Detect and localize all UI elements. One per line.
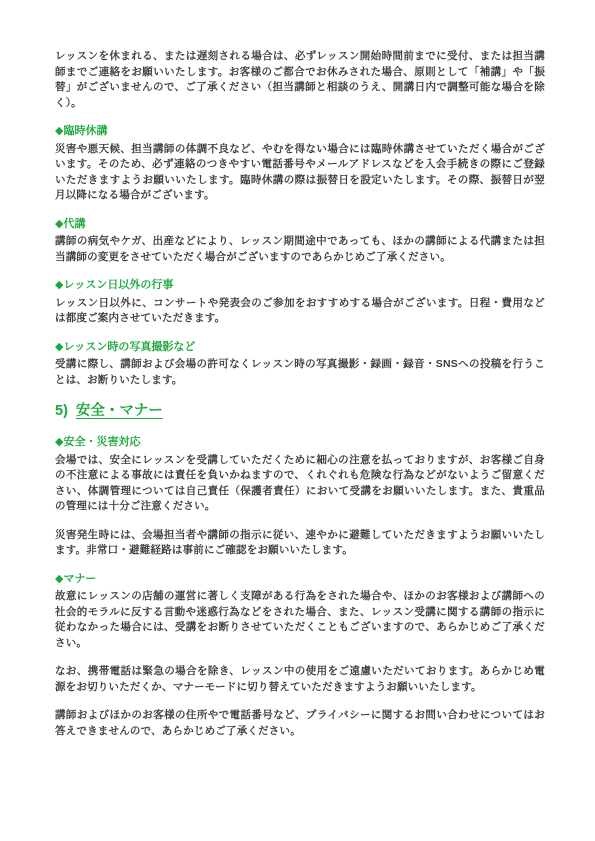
section-heading: ◆レッスン時の写真撮影など <box>55 340 545 356</box>
document-page: レッスンを休まれる、または遅刻される場合は、必ずレッスン開始時間前までに受付、ま… <box>0 0 595 841</box>
section-heading: ◆マナー <box>55 572 545 588</box>
chapter-title: 安全・マナー <box>76 403 163 419</box>
intro-paragraph: レッスンを休まれる、または遅刻される場合は、必ずレッスン開始時間前までに受付、ま… <box>55 49 545 111</box>
section-heading: ◆臨時休講 <box>55 124 545 140</box>
section-manners: ◆マナー 故意にレッスンの店舗の運営に著しく支障がある行為をされた場合や、ほかの… <box>55 572 545 740</box>
paragraph: 講師の病気やケガ、出産などにより、レッスン期間途中であっても、ほかの講師による代… <box>55 234 545 265</box>
section-safety-disaster-response: ◆安全・災害対応 会場では、安全にレッスンを受講していただくために細心の注意を払… <box>55 435 545 559</box>
paragraph: 受講に際し、講師および会場の許可なくレッスン時の写真撮影・録画・録音・SNSへの… <box>55 357 545 388</box>
chapter-number: 5) <box>55 403 68 419</box>
chapter-heading-safety-manners: 5)安全・マナー <box>55 401 545 421</box>
section-temporary-cancellation: ◆臨時休講 災害や悪天候、担当講師の体調不良など、やむを得ない場合には臨時休講さ… <box>55 124 545 204</box>
section-heading: ◆レッスン日以外の行事 <box>55 278 545 294</box>
paragraph: 災害発生時には、会場担当者や講師の指示に従い、速やかに避難していただきますようお… <box>55 528 545 559</box>
section-substitute-teacher: ◆代講 講師の病気やケガ、出産などにより、レッスン期間途中であっても、ほかの講師… <box>55 217 545 266</box>
paragraph: 故意にレッスンの店舗の運営に著しく支障がある行為をされた場合や、ほかのお客様およ… <box>55 589 545 651</box>
section-heading: ◆代講 <box>55 217 545 233</box>
paragraph: 会場では、安全にレッスンを受講していただくために細心の注意を払っておりますが、お… <box>55 453 545 515</box>
section-events-outside-lesson-days: ◆レッスン日以外の行事 レッスン日以外に、コンサートや発表会のご参加をおすすめす… <box>55 278 545 327</box>
paragraph: レッスン日以外に、コンサートや発表会のご参加をおすすめする場合がございます。日程… <box>55 296 545 327</box>
section-heading: ◆安全・災害対応 <box>55 435 545 451</box>
paragraph: 災害や悪天候、担当講師の体調不良など、やむを得ない場合には臨時休講させていただく… <box>55 142 545 204</box>
paragraph: なお、携帯電話は緊急の場合を除き、レッスン中の使用をご遠慮いただいております。あ… <box>55 664 545 695</box>
section-photography-during-lessons: ◆レッスン時の写真撮影など 受講に際し、講師および会場の許可なくレッスン時の写真… <box>55 340 545 389</box>
paragraph: 講師およびほかのお客様の住所やで電話番号など、プライバシーに関するお問い合わせに… <box>55 708 545 739</box>
